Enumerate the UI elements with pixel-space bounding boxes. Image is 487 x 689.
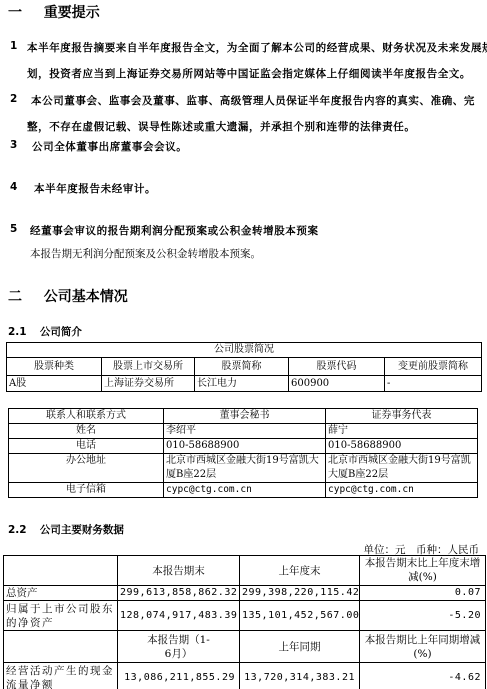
secretary-address: 北京市西城区金融大街19号富凯大厦B座22层	[164, 454, 326, 483]
table-row: 办公地址 北京市西城区金融大街19号富凯大厦B座22层 北京市西城区金融大街19…	[9, 454, 478, 483]
table-row: 总资产 299,613,858,862.32 299,398,220,115.4…	[4, 586, 486, 601]
subsection-2-2-heading: 2.2 公司主要财务数据	[8, 522, 124, 537]
total-assets-change: 0.07	[360, 586, 486, 601]
subsection-2-1-title: 公司简介	[40, 326, 82, 338]
cash-flow-previous: 13,720,314,383.21	[240, 663, 360, 689]
section-1-heading: 一 重要提示	[8, 2, 100, 22]
section-2-number: 二	[8, 289, 22, 305]
section-1-title: 重要提示	[44, 5, 100, 21]
item-3-number: 3	[10, 139, 17, 151]
item-2-number: 2	[10, 93, 17, 105]
fin-header-blank-2	[4, 631, 118, 663]
financial-data-table: 本报告期末 上年度末 本报告期末比上年度末增减(%) 总资产 299,613,8…	[3, 555, 486, 689]
section-1-number: 一	[8, 5, 22, 21]
item-1-line1: 本半年度报告摘要来自半年度报告全文，为全面了解本公司的经营成果、财务状况及未来发…	[27, 40, 487, 55]
header-stock-type: 股票种类	[7, 358, 102, 376]
table-row: 电子信箱 cypc@ctg.com.cn cypc@ctg.com.cn	[9, 483, 478, 498]
item-1-number: 1	[10, 40, 17, 52]
item-4-text: 本半年度报告未经审计。	[34, 181, 156, 196]
item-4-number: 4	[10, 181, 17, 193]
cash-flow-current: 13,086,211,855.29	[118, 663, 240, 689]
section-2-title: 公司基本情况	[44, 289, 128, 305]
stock-summary-table: 公司股票简况 股票种类 股票上市交易所 股票简称 股票代码 变更前股票简称 A股…	[6, 342, 482, 392]
cell-stock-name: 长江电力	[195, 376, 289, 392]
item-1-line2: 划，投资者应当到上海证券交易所网站等中国证监会指定媒体上仔细阅读半年度报告全文。	[27, 66, 471, 81]
header-change-vs-year-end: 本报告期末比上年度末增减(%)	[360, 556, 486, 586]
header-stock-name: 股票简称	[195, 358, 289, 376]
cell-exchange: 上海证券交易所	[102, 376, 195, 392]
item-5-body: 本报告期无利润分配预案及公积金转增股本预案。	[30, 246, 261, 261]
table-row: 归属于上市公司股东的净资产 128,074,917,483.39 135,101…	[4, 601, 486, 631]
subsection-2-1-heading: 2.1 公司简介	[8, 324, 82, 339]
stock-table-header-row: 股票种类 股票上市交易所 股票简称 股票代码 变更前股票简称	[7, 358, 482, 376]
section-2-heading: 二 公司基本情况	[8, 286, 128, 306]
stock-table-caption: 公司股票简况	[7, 343, 482, 358]
total-assets-current: 299,613,858,862.32	[118, 586, 240, 601]
net-assets-current: 128,074,917,483.39	[118, 601, 240, 631]
secretary-name: 李绍平	[164, 424, 326, 439]
secretary-phone: 010-58688900	[164, 439, 326, 454]
item-3-text: 公司全体董事出席董事会会议。	[32, 139, 187, 154]
header-period-end: 本报告期末	[118, 556, 240, 586]
stock-table-caption-row: 公司股票简况	[7, 343, 482, 358]
header-former-name: 变更前股票简称	[385, 358, 482, 376]
label-address: 办公地址	[9, 454, 164, 483]
net-assets-previous: 135,101,452,567.00	[240, 601, 360, 631]
label-net-assets: 归属于上市公司股东的净资产	[4, 601, 118, 631]
item-5-title: 经董事会审议的报告期利润分配预案或公积金转增股本预案	[30, 223, 319, 238]
header-same-period-last-year: 上年同期	[240, 631, 360, 663]
fin-header-row-1: 本报告期末 上年度末 本报告期末比上年度末增减(%)	[4, 556, 486, 586]
header-board-secretary: 董事会秘书	[164, 409, 326, 424]
header-contact: 联系人和联系方式	[9, 409, 164, 424]
subsection-2-2-number: 2.2	[8, 524, 27, 536]
contact-table: 联系人和联系方式 董事会秘书 证券事务代表 姓名 李绍平 薛宁 电话 010-5…	[8, 408, 478, 498]
representative-phone: 010-58688900	[326, 439, 478, 454]
label-phone: 电话	[9, 439, 164, 454]
table-row: A股 上海证券交易所 长江电力 600900 -	[7, 376, 482, 392]
cell-stock-type: A股	[7, 376, 102, 392]
header-change-vs-last-year: 本报告期比上年同期增减(%)	[360, 631, 486, 663]
secretary-email[interactable]: cypc@ctg.com.cn	[164, 483, 326, 498]
fin-header-blank	[4, 556, 118, 586]
table-row: 姓名 李绍平 薛宁	[9, 424, 478, 439]
label-name: 姓名	[9, 424, 164, 439]
header-securities-rep: 证券事务代表	[326, 409, 478, 424]
subsection-2-2-title: 公司主要财务数据	[40, 524, 124, 536]
table-row: 电话 010-58688900 010-58688900	[9, 439, 478, 454]
label-email: 电子信箱	[9, 483, 164, 498]
subsection-2-1-number: 2.1	[8, 326, 27, 338]
header-stock-code: 股票代码	[289, 358, 385, 376]
header-reporting-period: 本报告期（1-6月）	[118, 631, 240, 663]
cash-flow-change: -4.62	[360, 663, 486, 689]
header-prior-year-end: 上年度末	[240, 556, 360, 586]
total-assets-previous: 299,398,220,115.42	[240, 586, 360, 601]
representative-address: 北京市西城区金融大街19号富凯大厦B座22层	[326, 454, 478, 483]
fin-header-row-2: 本报告期（1-6月） 上年同期 本报告期比上年同期增减(%)	[4, 631, 486, 663]
label-total-assets: 总资产	[4, 586, 118, 601]
cell-stock-code: 600900	[289, 376, 385, 392]
item-5-number: 5	[10, 223, 17, 235]
item-2-line1: 本公司董事会、监事会及董事、监事、高级管理人员保证半年度报告内容的真实、准确、完	[31, 93, 475, 108]
net-assets-change: -5.20	[360, 601, 486, 631]
item-2-line2: 整，不存在虚假记载、误导性陈述或重大遗漏，并承担个别和连带的法律责任。	[27, 119, 416, 134]
representative-name: 薛宁	[326, 424, 478, 439]
cell-former-name: -	[385, 376, 482, 392]
header-exchange: 股票上市交易所	[102, 358, 195, 376]
table-row: 经营活动产生的现金流量净额 13,086,211,855.29 13,720,3…	[4, 663, 486, 689]
representative-email[interactable]: cypc@ctg.com.cn	[326, 483, 478, 498]
contact-table-header-row: 联系人和联系方式 董事会秘书 证券事务代表	[9, 409, 478, 424]
label-operating-cash-flow: 经营活动产生的现金流量净额	[4, 663, 118, 689]
